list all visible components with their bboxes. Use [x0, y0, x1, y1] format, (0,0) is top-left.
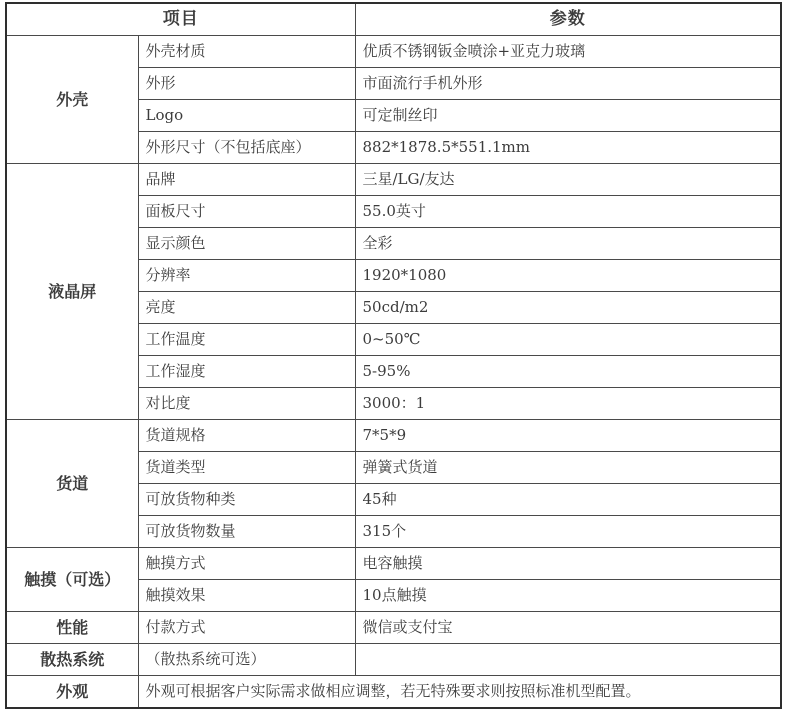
- spec-label: 可放货物种类: [138, 484, 355, 516]
- spec-label: 外壳材质: [138, 36, 355, 68]
- spec-label: 触摸方式: [138, 548, 355, 580]
- spec-value: 10点触摸: [355, 580, 781, 612]
- spec-label: 货道类型: [138, 452, 355, 484]
- spec-label: 工作温度: [138, 324, 355, 356]
- spec-label: 工作湿度: [138, 356, 355, 388]
- appearance-note: 外观可根据客户实际需求做相应调整，若无特殊要求则按照标准机型配置。: [138, 676, 781, 709]
- header-item-column: 项目: [6, 3, 355, 36]
- spec-value: 7*5*9: [355, 420, 781, 452]
- spec-value: 微信或支付宝: [355, 612, 781, 644]
- table-row: 外观 外观可根据客户实际需求做相应调整，若无特殊要求则按照标准机型配置。: [6, 676, 781, 709]
- spec-label: Logo: [138, 100, 355, 132]
- spec-value: 315个: [355, 516, 781, 548]
- table-row: 液晶屏 品牌 三星/LG/友达: [6, 164, 781, 196]
- header-param-column: 参数: [355, 3, 781, 36]
- table-row: 货道 货道规格 7*5*9: [6, 420, 781, 452]
- spec-label: 付款方式: [138, 612, 355, 644]
- spec-label: 外形尺寸（不包括底座）: [138, 132, 355, 164]
- spec-value: 弹簧式货道: [355, 452, 781, 484]
- spec-table: 项目 参数 外壳 外壳材质 优质不锈钢钣金喷涂+亚克力玻璃 外形 市面流行手机外…: [5, 2, 782, 709]
- category-shell: 外壳: [6, 36, 138, 164]
- spec-value: 优质不锈钢钣金喷涂+亚克力玻璃: [355, 36, 781, 68]
- table-header-row: 项目 参数: [6, 3, 781, 36]
- spec-label: 亮度: [138, 292, 355, 324]
- category-goods-slots: 货道: [6, 420, 138, 548]
- spec-value: 全彩: [355, 228, 781, 260]
- category-performance: 性能: [6, 612, 138, 644]
- spec-value: 45种: [355, 484, 781, 516]
- spec-value: 0~50℃: [355, 324, 781, 356]
- spec-value: 市面流行手机外形: [355, 68, 781, 100]
- spec-value: 可定制丝印: [355, 100, 781, 132]
- spec-label: 触摸效果: [138, 580, 355, 612]
- spec-label: 货道规格: [138, 420, 355, 452]
- spec-label: （散热系统可选）: [138, 644, 355, 676]
- category-touch-optional: 触摸（可选）: [6, 548, 138, 612]
- spec-value: 电容触摸: [355, 548, 781, 580]
- spec-label: 可放货物数量: [138, 516, 355, 548]
- table-row: 性能 付款方式 微信或支付宝: [6, 612, 781, 644]
- spec-label: 对比度: [138, 388, 355, 420]
- spec-label: 外形: [138, 68, 355, 100]
- spec-value: 50cd/m2: [355, 292, 781, 324]
- table-row: 触摸（可选） 触摸方式 电容触摸: [6, 548, 781, 580]
- category-cooling-system: 散热系统: [6, 644, 138, 676]
- spec-value: 5-95%: [355, 356, 781, 388]
- category-appearance: 外观: [6, 676, 138, 709]
- spec-label: 分辨率: [138, 260, 355, 292]
- table-row: 散热系统 （散热系统可选）: [6, 644, 781, 676]
- spec-value: 3000：1: [355, 388, 781, 420]
- spec-label: 品牌: [138, 164, 355, 196]
- spec-value: 882*1878.5*551.1mm: [355, 132, 781, 164]
- spec-value: 55.0英寸: [355, 196, 781, 228]
- spec-label: 显示颜色: [138, 228, 355, 260]
- category-lcd-screen: 液晶屏: [6, 164, 138, 420]
- table-row: 外壳 外壳材质 优质不锈钢钣金喷涂+亚克力玻璃: [6, 36, 781, 68]
- spec-value: [355, 644, 781, 676]
- spec-value: 三星/LG/友达: [355, 164, 781, 196]
- spec-label: 面板尺寸: [138, 196, 355, 228]
- spec-value: 1920*1080: [355, 260, 781, 292]
